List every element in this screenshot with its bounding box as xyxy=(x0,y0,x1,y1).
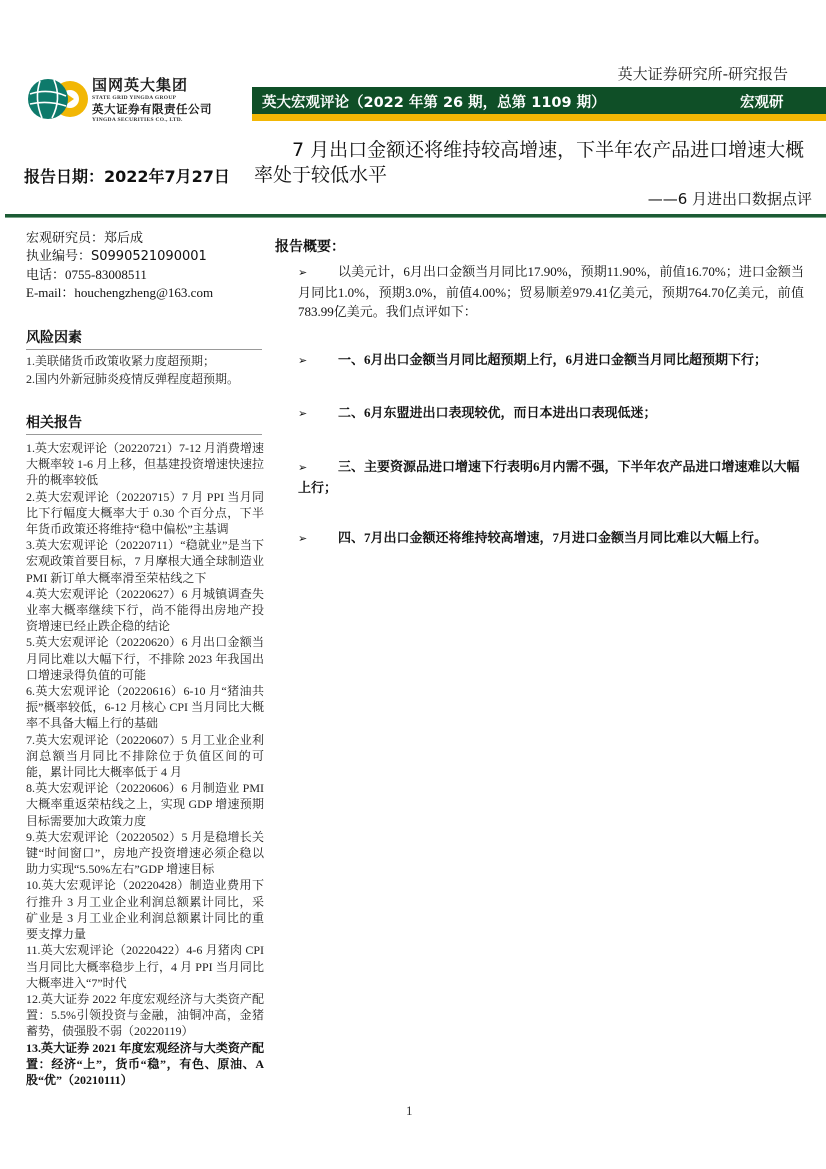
key-point-2: ➢二、6月东盟进出口表现较优，而日本进出口表现低迷； xyxy=(298,403,808,424)
report-subtitle: ——6 月进出口数据点评 xyxy=(648,188,812,209)
summary-intro: ➢以美元计，6月出口金额当月同比17.90%，预期11.90%，前值16.70%… xyxy=(298,262,804,321)
analyst-license: 执业编号：S0990521090001 xyxy=(26,248,213,266)
risk-item: 2.国内外新冠肺炎疫情反弹程度超预期。 xyxy=(26,370,266,388)
risk-list: 1.美联储货币政策收紧力度超预期； 2.国内外新冠肺炎疫情反弹程度超预期。 xyxy=(26,352,266,388)
risk-heading: 风险因素 xyxy=(26,327,262,350)
related-report-item[interactable]: 7.英大宏观评论（20220607）5 月工业企业利润总额当月同比不排除位于负值… xyxy=(26,732,264,781)
analyst-name: 宏观研究员：郑后成 xyxy=(26,230,213,248)
risk-item: 1.美联储货币政策收紧力度超预期； xyxy=(26,352,266,370)
arrow-bullet-icon: ➢ xyxy=(298,459,338,478)
related-heading: 相关报告 xyxy=(26,412,262,435)
banner-category: 宏观研 xyxy=(740,91,784,112)
related-report-item[interactable]: 6.英大宏观评论（20220616）6-10 月“猪油共振”概率较低，6-12 … xyxy=(26,683,264,732)
related-report-item[interactable]: 10.英大宏观评论（20220428）制造业费用下行推升 3 月工业企业利润总额… xyxy=(26,877,264,942)
arrow-bullet-icon: ➢ xyxy=(298,264,338,283)
company-name-en: YINGDA SECURITIES CO., LTD. xyxy=(92,116,212,124)
key-point-4: ➢四、7月出口金额还将维持较高增速，7月进口金额当月同比难以大幅上行。 xyxy=(298,528,808,549)
related-report-item[interactable]: 11.英大宏观评论（20220422）4-6 月猪肉 CPI 当月同比大概率稳步… xyxy=(26,942,264,991)
analyst-info: 宏观研究员：郑后成 执业编号：S0990521090001 电话：0755-83… xyxy=(26,230,213,302)
report-date: 报告日期：2022年7月27日 xyxy=(24,164,230,187)
summary-intro-text: 以美元计，6月出口金额当月同比17.90%，预期11.90%，前值16.70%；… xyxy=(298,264,804,319)
analyst-phone: 电话：0755-83008511 xyxy=(26,266,213,284)
related-report-item[interactable]: 2.英大宏观评论（20220715）7 月 PPI 当月同比下行幅度大概率大于 … xyxy=(26,489,264,538)
key-point-text: 二、6月东盟进出口表现较优，而日本进出口表现低迷； xyxy=(338,405,657,420)
arrow-bullet-icon: ➢ xyxy=(298,405,338,424)
logo-text: 国网英大集团 STATE GRID YINGDA GROUP 英大证券有限责任公… xyxy=(92,76,212,124)
group-name-cn: 国网英大集团 xyxy=(92,76,212,94)
key-point-3: ➢三、主要资源品进口增速下行表明6月内需不强，下半年农产品进口增速难以大幅上行； xyxy=(298,457,808,497)
banner-stripe xyxy=(252,114,826,121)
institute-label: 英大证券研究所-研究报告 xyxy=(618,63,788,84)
key-point-text: 一、6月出口金额当月同比超预期上行，6月进口金额当月同比超预期下行； xyxy=(338,352,767,367)
globe-logo-icon xyxy=(26,78,90,120)
company-name-cn: 英大证券有限责任公司 xyxy=(92,102,212,116)
group-name-en: STATE GRID YINGDA GROUP xyxy=(92,94,212,102)
arrow-bullet-icon: ➢ xyxy=(298,530,338,549)
key-point-text: 三、主要资源品进口增速下行表明6月内需不强，下半年农产品进口增速难以大幅上行； xyxy=(298,459,800,495)
related-reports-list: 1.英大宏观评论（20220721）7-12 月消费增速大概率较 1-6 月上移… xyxy=(26,440,264,1088)
related-report-item[interactable]: 9.英大宏观评论（20220502）5 月是稳增长关键“时间窗口”，房地产投资增… xyxy=(26,829,264,878)
related-report-item[interactable]: 3.英大宏观评论（20220711）“稳就业”是当下宏观政策首要目标，7 月摩根… xyxy=(26,537,264,586)
banner-title: 英大宏观评论（2022 年第 26 期，总第 1109 期） xyxy=(262,91,606,112)
related-report-item[interactable]: 13.英大证券 2021 年度宏观经济与大类资产配置：经济“上”，货币“稳”，有… xyxy=(26,1040,264,1089)
key-point-1: ➢一、6月出口金额当月同比超预期上行，6月进口金额当月同比超预期下行； xyxy=(298,350,808,371)
related-report-item[interactable]: 4.英大宏观评论（20220627）6 月城镇调查失业率大概率继续下行，尚不能得… xyxy=(26,586,264,635)
summary-heading: 报告概要： xyxy=(275,236,345,256)
related-report-item[interactable]: 8.英大宏观评论（20220606）6 月制造业 PMI 大概率重返荣枯线之上，… xyxy=(26,780,264,829)
analyst-email[interactable]: E-mail：houchengzheng@163.com xyxy=(26,284,213,302)
company-logo: 国网英大集团 STATE GRID YINGDA GROUP 英大证券有限责任公… xyxy=(26,76,226,136)
key-point-text: 四、7月出口金额还将维持较高增速，7月进口金额当月同比难以大幅上行。 xyxy=(338,530,767,545)
related-report-item[interactable]: 1.英大宏观评论（20220721）7-12 月消费增速大概率较 1-6 月上移… xyxy=(26,440,264,489)
related-report-item[interactable]: 5.英大宏观评论（20220620）6 月出口金额当月同比难以大幅下行，不排除 … xyxy=(26,634,264,683)
header-divider xyxy=(5,214,826,218)
related-report-item[interactable]: 12.英大证券 2022 年度宏观经济与大类资产配置：5.5%引领投资与金融，油… xyxy=(26,991,264,1040)
report-title: 7 月出口金额还将维持较高增速，下半年农产品进口增速大概率处于较低水平 xyxy=(254,138,814,188)
arrow-bullet-icon: ➢ xyxy=(298,352,338,371)
page-number: 1 xyxy=(406,1103,413,1119)
